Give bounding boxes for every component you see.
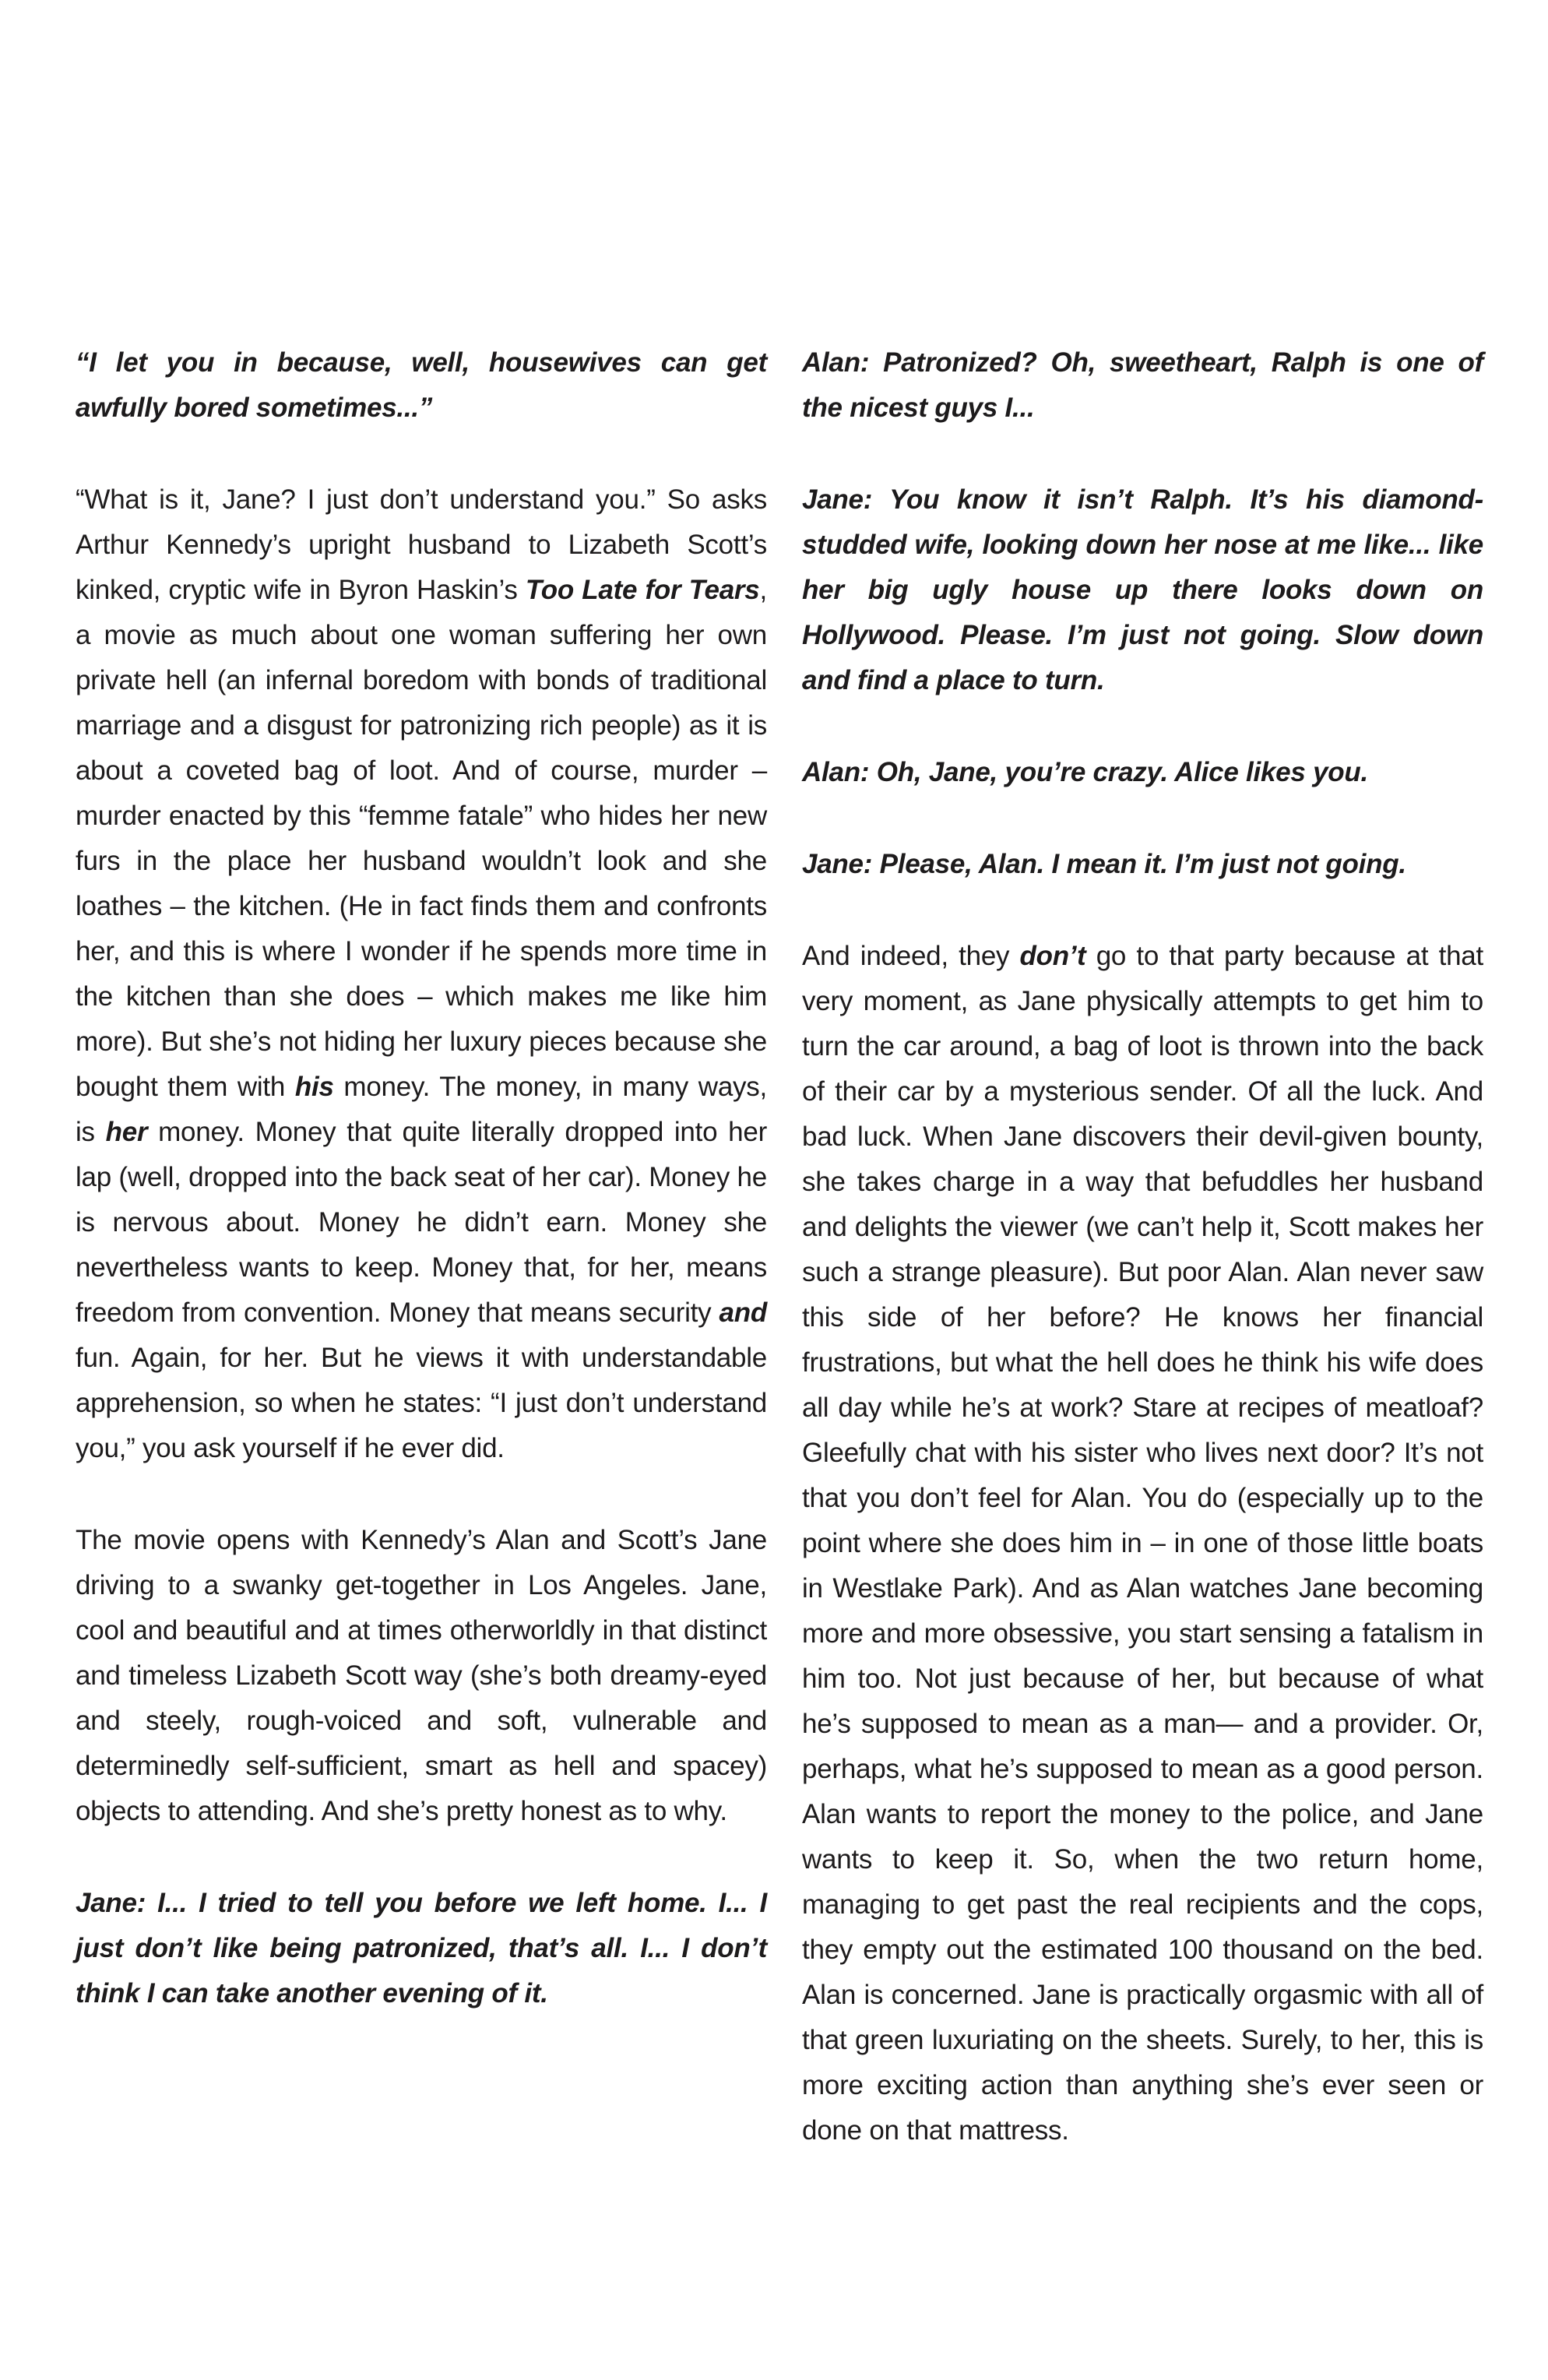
paragraph-analysis: “What is it, Jane? I just don’t understa… [76, 477, 767, 1471]
body-text-segment: go to that party because at that very mo… [802, 941, 1483, 2146]
article-page: “I let you in because, well, housewives … [0, 0, 1548, 2200]
right-column: Alan: Patronized? Oh, sweetheart, Ralph … [802, 340, 1483, 2200]
emphasized-text: don’t [1020, 941, 1086, 971]
paragraph-movie-opening: The movie opens with Kennedy’s Alan and … [76, 1518, 767, 1834]
emphasized-text: her [106, 1117, 148, 1147]
emphasized-text: and [719, 1297, 767, 1328]
paragraph-loot: And indeed, they don’t go to that party … [802, 934, 1483, 2153]
body-text-segment: And indeed, they [802, 941, 1020, 971]
body-text-segment: , a movie as much about one woman suffer… [76, 575, 767, 1102]
dialogue-alan-2: Alan: Oh, Jane, you’re crazy. Alice like… [802, 750, 1483, 795]
emphasized-text: his [295, 1072, 334, 1102]
dialogue-jane-2: Jane: You know it isn’t Ralph. It’s his … [802, 477, 1483, 703]
dialogue-alan-1: Alan: Patronized? Oh, sweetheart, Ralph … [802, 340, 1483, 431]
opening-quote: “I let you in because, well, housewives … [76, 340, 767, 431]
emphasized-text: Too Late for Tears [526, 575, 760, 605]
body-text-segment: money. Money that quite literally droppe… [76, 1117, 767, 1328]
left-column: “I let you in because, well, housewives … [76, 340, 767, 2200]
dialogue-jane-1: Jane: I... I tried to tell you before we… [76, 1881, 767, 2016]
dialogue-jane-3: Jane: Please, Alan. I mean it. I’m just … [802, 842, 1483, 887]
body-text-segment: fun. Again, for her. But he views it wit… [76, 1343, 767, 1463]
